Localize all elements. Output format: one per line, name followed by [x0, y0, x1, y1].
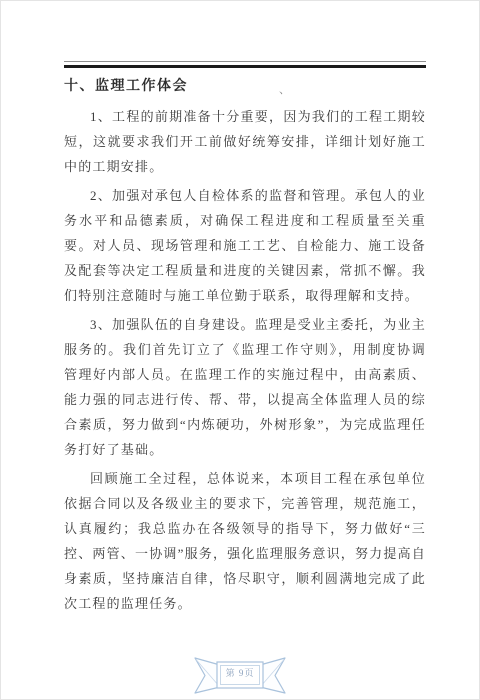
- paragraph-contractor-supervision: 2、加强对承包人自检体系的监督和管理。承包人的业务水平和品德素质，对确保工程进度…: [64, 183, 426, 308]
- document-content: 十、监理工作体会 、 1、工程的前期准备十分重要，因为我们的工程工期较短，这就要…: [64, 61, 426, 620]
- paragraph-summary: 回顾施工全过程，总体说来，本项目工程在承包单位依据合同以及各级业主的要求下，完善…: [64, 466, 426, 616]
- stray-punctuation-mark: 、: [279, 81, 290, 97]
- section-heading: 十、监理工作体会: [64, 77, 426, 97]
- header-rule: [64, 61, 426, 68]
- page-number-ribbon: 第 9页: [192, 653, 288, 695]
- paragraph-preparation: 1、工程的前期准备十分重要，因为我们的工程工期较短，这就要求我们开工前做好统筹安…: [64, 104, 426, 179]
- header-rule-thin-line: [64, 61, 426, 62]
- page-footer: 第 9页: [1, 651, 479, 697]
- paragraph-team-building: 3、加强队伍的自身建设。监理是受业主委托，为业主服务的。我们首先订立了《监理工作…: [64, 312, 426, 462]
- document-page: 十、监理工作体会 、 1、工程的前期准备十分重要，因为我们的工程工期较短，这就要…: [0, 0, 480, 700]
- page-number-label: 第 9页: [192, 666, 288, 679]
- header-rule-thick-line: [64, 65, 426, 68]
